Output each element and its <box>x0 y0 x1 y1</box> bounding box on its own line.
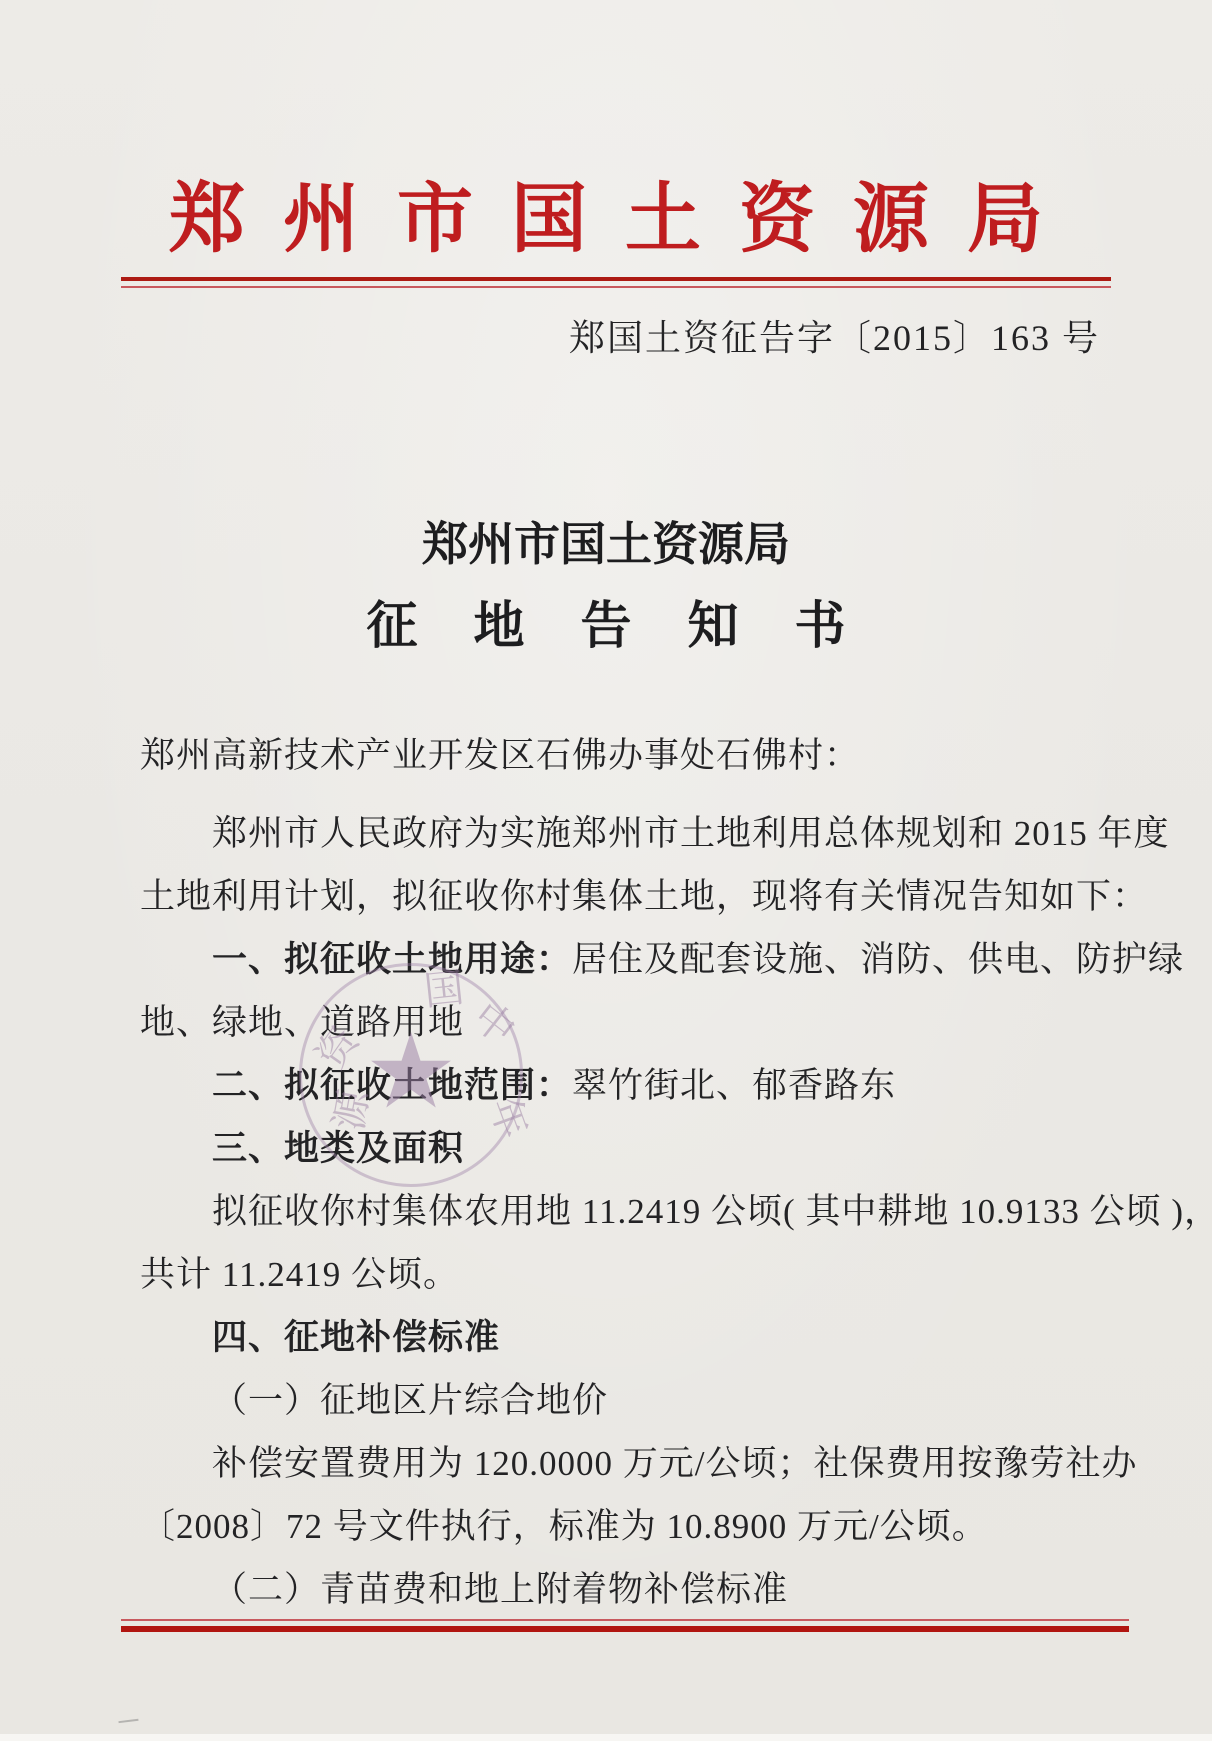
document-number: 郑国土资征告字〔2015〕163 号 <box>569 310 1100 361</box>
item2-label: 二、拟征收土地范围： <box>212 1066 572 1105</box>
item4-sub1-line1: 补偿安置费用为 120.0000 万元/公顷；社保费用按豫劳社办 <box>212 1436 1137 1486</box>
item2-text: 翠竹街北、郁香路东 <box>572 1066 896 1105</box>
item3-line2: 共计 11.2419 公顷。 <box>140 1247 459 1297</box>
document-page: 郑州市国土资源局 郑国土资征告字〔2015〕163 号 郑州市国土资源局 征地告… <box>0 0 1212 1741</box>
notice-org-title: 郑州市国土资源局 <box>0 508 1212 574</box>
item3-heading: 三、地类及面积 <box>212 1121 464 1171</box>
seal-character: 中 <box>466 996 522 1052</box>
scan-artifact <box>117 1711 138 1723</box>
item1-line: 一、拟征收土地用途：居住及配套设施、消防、供电、防护绿 <box>212 932 1184 982</box>
item3-line1: 拟征收你村集体农用地 11.2419 公顷( 其中耕地 10.9133 公顷 )… <box>212 1184 1212 1234</box>
header-rule-thin <box>121 286 1111 288</box>
salutation: 郑州高新技术产业开发区石佛办事处石佛村： <box>140 728 860 778</box>
paragraph1-line2: 土地利用计划，拟征收你村集体土地，现将有关情况告知如下： <box>140 869 1148 919</box>
item4-sub1-heading: （一）征地区片综合地价 <box>212 1373 608 1423</box>
agency-masthead-title: 郑州市国土资源局 <box>0 158 1212 267</box>
item1-label: 一、拟征收土地用途： <box>212 940 572 979</box>
item1-continuation: 地、绿地、道路用地 <box>140 995 464 1045</box>
item4-heading: 四、征地补偿标准 <box>212 1310 500 1360</box>
page-bottom-edge <box>0 1734 1212 1741</box>
item4-sub2-heading: （二）青苗费和地上附着物补偿标准 <box>212 1562 788 1612</box>
item4-sub1-line2: 〔2008〕72 号文件执行，标准为 10.8900 万元/公顷。 <box>140 1499 988 1549</box>
paragraph1-line1: 郑州市人民政府为实施郑州市土地利用总体规划和 2015 年度 <box>212 806 1170 856</box>
item2-line: 二、拟征收土地范围：翠竹街北、郁香路东 <box>212 1058 896 1108</box>
footer-rule-thin <box>121 1619 1129 1621</box>
header-rule-thick <box>121 277 1111 281</box>
item1-text: 居住及配套设施、消防、供电、防护绿 <box>572 940 1184 979</box>
footer-rule-thick <box>121 1626 1129 1632</box>
notice-title: 征地告知书 <box>0 584 1212 658</box>
